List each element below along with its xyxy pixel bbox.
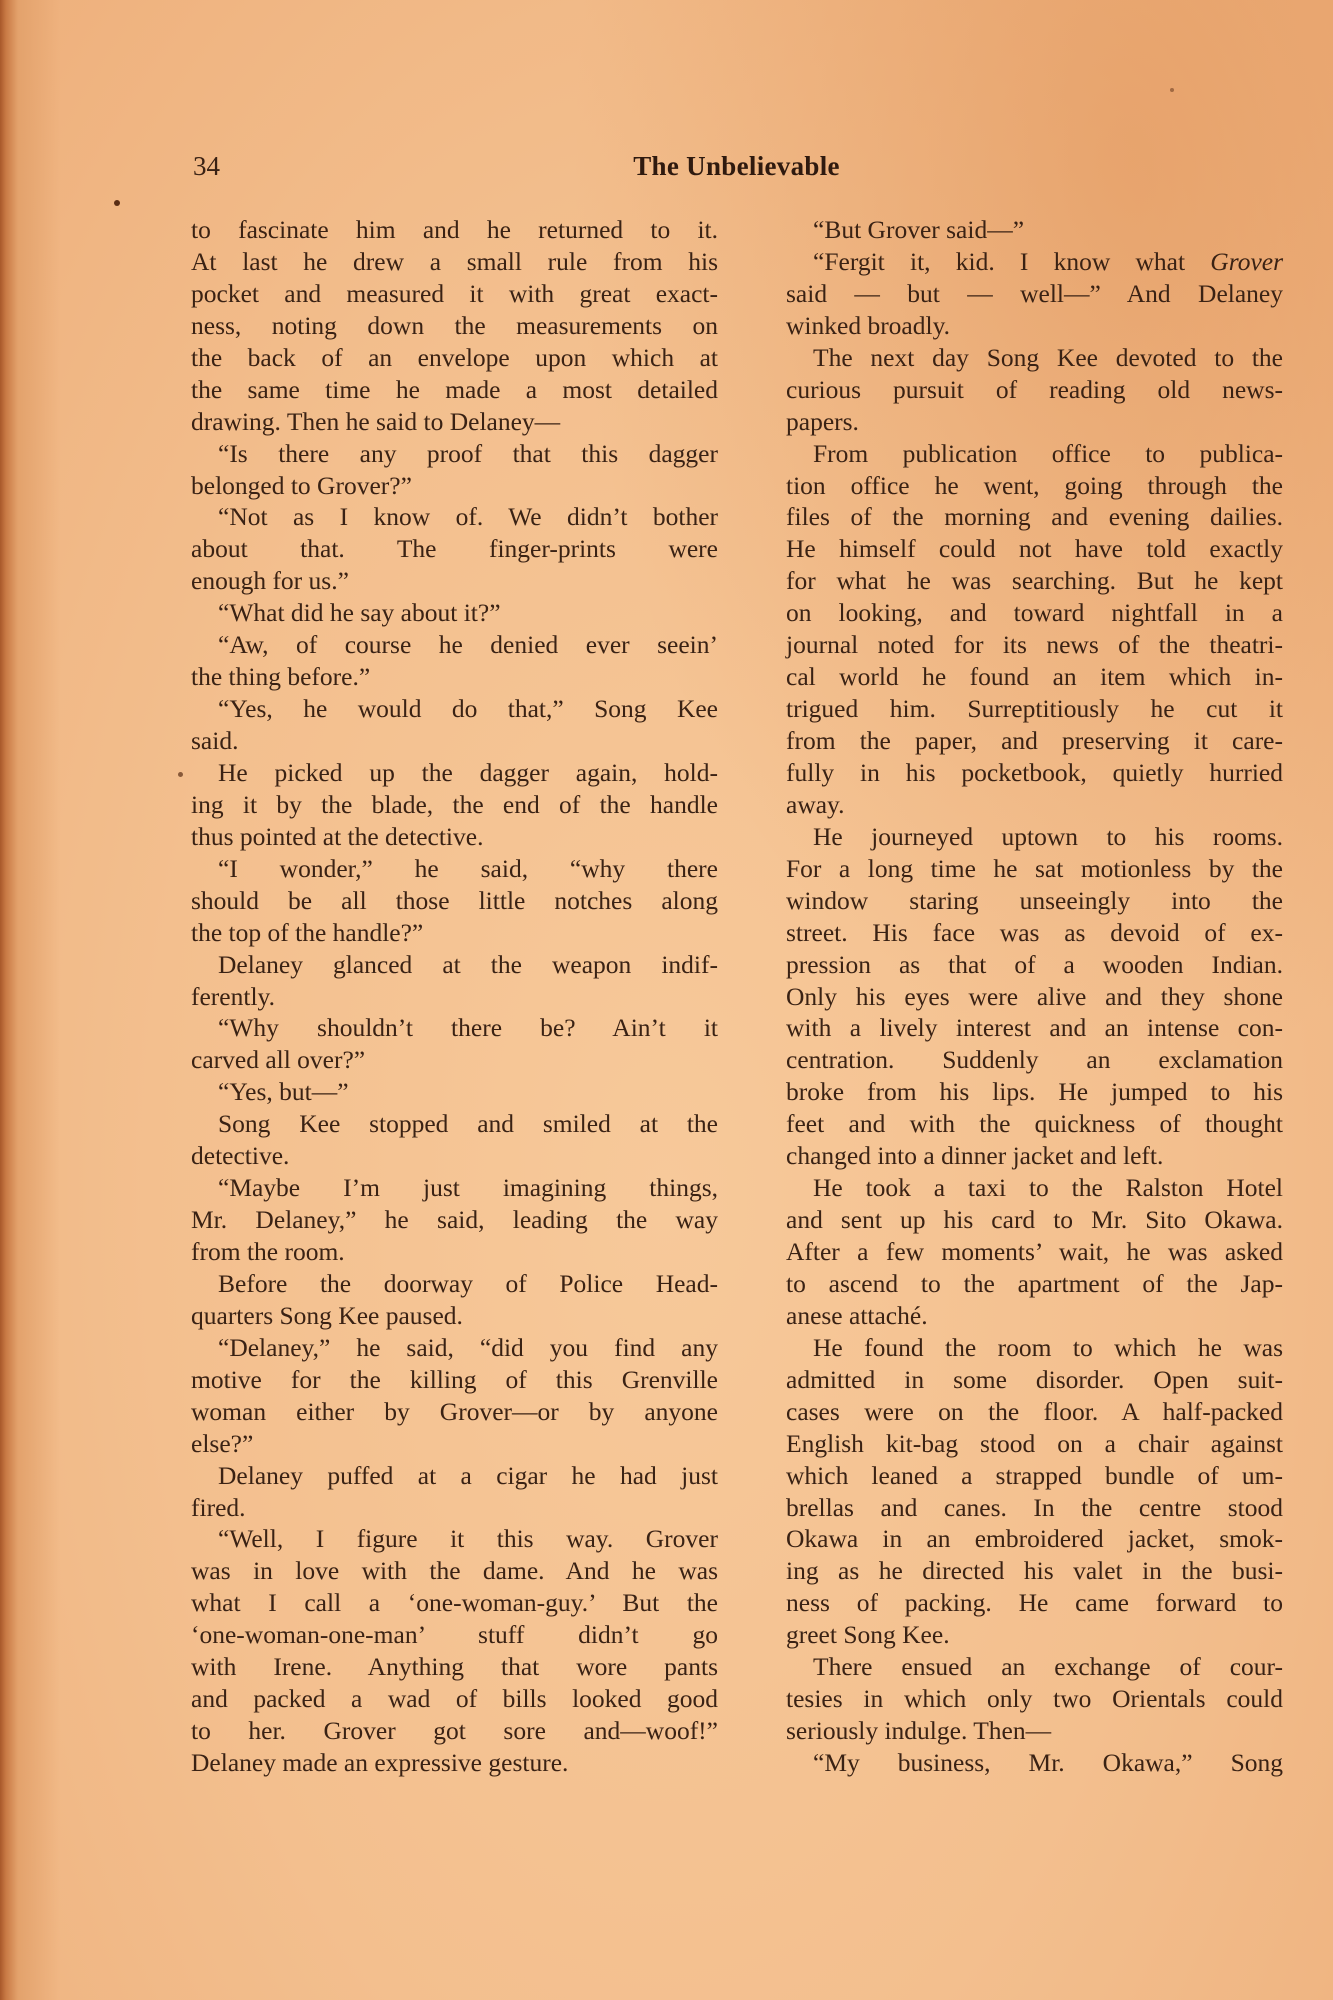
text-line: on looking, and toward nightfall in a — [786, 597, 1283, 629]
text-line-content: carved all over?” — [191, 1045, 365, 1074]
text-line: trigued him. Surreptitiously he cut it — [786, 693, 1283, 725]
text-line-content: to fascinate him and he returned to it. — [191, 215, 718, 244]
book-page: 34 The Unbelievable to fascinate him and… — [0, 0, 1333, 2000]
text-line-content: journal noted for its news of the theatr… — [786, 630, 1283, 659]
text-line-content: to ascend to the apartment of the Jap- — [786, 1269, 1283, 1298]
text-line-content: “Delaney,” he said, “did you find any — [218, 1333, 718, 1362]
text-line: English kit-bag stood on a chair against — [786, 1428, 1283, 1460]
text-line: Okawa in an embroidered jacket, smok- — [786, 1523, 1283, 1555]
text-line: fired. — [191, 1492, 718, 1524]
text-line-content: “Fergit it, kid. I know what — [813, 247, 1210, 276]
text-line-content: away. — [786, 790, 845, 819]
text-line: tion office he went, going through the — [786, 470, 1283, 502]
text-line: was in love with the dame. And he was — [191, 1555, 718, 1587]
text-line-content: for what he was searching. But he kept — [786, 566, 1283, 595]
text-line-content: Song Kee stopped and smiled at the — [218, 1109, 718, 1138]
text-line: what I call a ‘one-woman-guy.’ But the — [191, 1587, 718, 1619]
text-line: thus pointed at the detective. — [191, 821, 718, 853]
text-line-content: papers. — [786, 407, 859, 436]
text-line: He himself could not have told exactly — [786, 533, 1283, 565]
text-line-content: drawing. Then he said to Delaney— — [191, 407, 560, 436]
paper-speck — [178, 772, 183, 777]
text-line-content: feet and with the quickness of thought — [786, 1109, 1283, 1138]
text-line: about that. The finger-prints were — [191, 533, 718, 565]
text-line-content: Okawa in an embroidered jacket, smok- — [786, 1524, 1283, 1553]
text-line-content: “Yes, he would do that,” Song Kee — [218, 694, 718, 723]
text-line-content: He picked up the dagger again, hold- — [218, 758, 718, 787]
text-line-content: the same time he made a most detailed — [191, 375, 718, 404]
text-line: “Not as I know of. We didn’t bother — [191, 501, 718, 533]
text-line: anese attaché. — [786, 1300, 1283, 1332]
text-line: “What did he say about it?” — [191, 597, 718, 629]
paper-speck — [114, 200, 120, 206]
text-line: for what he was searching. But he kept — [786, 565, 1283, 597]
text-line-content: He journeyed uptown to his rooms. — [813, 822, 1283, 851]
text-line-content: detective. — [191, 1141, 289, 1170]
text-line-content: ness of packing. He came forward to — [786, 1588, 1283, 1617]
text-line-content: The next day Song Kee devoted to the — [813, 343, 1283, 372]
text-line: Delaney puffed at a cigar he had just — [191, 1460, 718, 1492]
text-line: He found the room to which he was — [786, 1332, 1283, 1364]
text-line-content: thus pointed at the detective. — [191, 822, 483, 851]
text-line: ing it by the blade, the end of the hand… — [191, 789, 718, 821]
text-line: At last he drew a small rule from his — [191, 246, 718, 278]
text-line-content: “I wonder,” he said, “why there — [218, 854, 718, 883]
text-line: “But Grover said—” — [786, 214, 1283, 246]
text-line: He picked up the dagger again, hold- — [191, 757, 718, 789]
text-line: “Fergit it, kid. I know what Grover — [786, 246, 1283, 278]
text-line-content: trigued him. Surreptitiously he cut it — [786, 694, 1283, 723]
text-line: with Irene. Anything that wore pants — [191, 1651, 718, 1683]
text-line: the back of an envelope upon which at — [191, 342, 718, 374]
text-line: feet and with the quickness of thought — [786, 1108, 1283, 1140]
text-line-content: “But Grover said—” — [813, 215, 1024, 244]
text-line-content: admitted in some disorder. Open suit- — [786, 1365, 1283, 1394]
text-line-content: There ensued an exchange of cour- — [813, 1652, 1283, 1681]
text-line: curious pursuit of reading old news- — [786, 374, 1283, 406]
text-line: belonged to Grover?” — [191, 470, 718, 502]
text-line-content: “Yes, but—” — [218, 1077, 349, 1106]
text-line-content: pression as that of a wooden Indian. — [786, 950, 1283, 979]
text-line-content: At last he drew a small rule from his — [191, 247, 718, 276]
text-line-content: enough for us.” — [191, 566, 349, 595]
text-line: greet Song Kee. — [786, 1619, 1283, 1651]
text-line: the thing before.” — [191, 661, 718, 693]
text-line-content: “Well, I figure it this way. Grover — [218, 1524, 718, 1553]
text-line: “Yes, but—” — [191, 1076, 718, 1108]
text-line: centration. Suddenly an exclamation — [786, 1044, 1283, 1076]
text-line: changed into a dinner jacket and left. — [786, 1140, 1283, 1172]
text-line: He journeyed uptown to his rooms. — [786, 821, 1283, 853]
text-line: papers. — [786, 406, 1283, 438]
text-line: Before the doorway of Police Head- — [191, 1268, 718, 1300]
text-line-content: greet Song Kee. — [786, 1620, 950, 1649]
text-line-content: from the paper, and preserving it care- — [786, 726, 1283, 755]
text-line-content: Before the doorway of Police Head- — [218, 1269, 718, 1298]
text-line: “I wonder,” he said, “why there — [191, 853, 718, 885]
text-line: seriously indulge. Then— — [786, 1715, 1283, 1747]
text-line: tesies in which only two Orientals could — [786, 1683, 1283, 1715]
text-line-content: Delaney puffed at a cigar he had just — [218, 1461, 718, 1490]
text-line-content: Only his eyes were alive and they shone — [786, 982, 1283, 1011]
text-line-content: the back of an envelope upon which at — [191, 343, 718, 372]
text-line: ing as he directed his valet in the busi… — [786, 1555, 1283, 1587]
text-line-content: He took a taxi to the Ralston Hotel — [813, 1173, 1283, 1202]
text-line-content: cases were on the floor. A half-packed — [786, 1397, 1283, 1426]
text-line-content: tesies in which only two Orientals could — [786, 1684, 1283, 1713]
text-line: “Delaney,” he said, “did you find any — [191, 1332, 718, 1364]
text-line: drawing. Then he said to Delaney— — [191, 406, 718, 438]
text-line-content: broke from his lips. He jumped to his — [786, 1077, 1283, 1106]
text-line-content: After a few moments’ wait, he was asked — [786, 1237, 1283, 1266]
text-line: Song Kee stopped and smiled at the — [191, 1108, 718, 1140]
text-line-content: files of the morning and evening dailies… — [786, 502, 1283, 531]
text-line-content: cal world he found an item which in- — [786, 662, 1283, 691]
text-line: cal world he found an item which in- — [786, 661, 1283, 693]
text-line: to ascend to the apartment of the Jap- — [786, 1268, 1283, 1300]
text-line: ferently. — [191, 981, 718, 1013]
left-text-column: to fascinate him and he returned to it.A… — [191, 214, 718, 1779]
text-line: said. — [191, 725, 718, 757]
text-line: street. His face was as devoid of ex- — [786, 917, 1283, 949]
text-line: fully in his pocketbook, quietly hurried — [786, 757, 1283, 789]
text-line: ness of packing. He came forward to — [786, 1587, 1283, 1619]
text-line-content: winked broadly. — [786, 311, 950, 340]
text-line-content: street. His face was as devoid of ex- — [786, 918, 1283, 947]
text-line: woman either by Grover—or by anyone — [191, 1396, 718, 1428]
text-line: which leaned a strapped bundle of um- — [786, 1460, 1283, 1492]
text-line: carved all over?” — [191, 1044, 718, 1076]
text-line-content: centration. Suddenly an exclamation — [786, 1045, 1283, 1074]
text-line: else?” — [191, 1428, 718, 1460]
text-line: enough for us.” — [191, 565, 718, 597]
text-line-content: which leaned a strapped bundle of um- — [786, 1461, 1283, 1490]
text-line-content: ness, noting down the measurements on — [191, 311, 718, 340]
text-line: He took a taxi to the Ralston Hotel — [786, 1172, 1283, 1204]
text-line: should be all those little notches along — [191, 885, 718, 917]
text-line: ‘one-woman-one-man’ stuff didn’t go — [191, 1619, 718, 1651]
text-line-content: For a long time he sat motionless by the — [786, 854, 1283, 883]
text-line-content: brellas and canes. In the centre stood — [786, 1493, 1283, 1522]
text-line-content: motive for the killing of this Grenville — [191, 1365, 718, 1394]
text-line: from the room. — [191, 1236, 718, 1268]
text-line: “Why shouldn’t there be? Ain’t it — [191, 1012, 718, 1044]
text-line-content: fully in his pocketbook, quietly hurried — [786, 758, 1283, 787]
text-line-content: anese attaché. — [786, 1301, 928, 1330]
paper-speck — [1170, 88, 1174, 92]
text-line: to her. Grover got sore and—woof!” — [191, 1715, 718, 1747]
text-line-content: from the room. — [191, 1237, 345, 1266]
text-line: ness, noting down the measurements on — [191, 310, 718, 342]
text-line: “Yes, he would do that,” Song Kee — [191, 693, 718, 725]
text-line: Delaney made an expressive gesture. — [191, 1747, 718, 1779]
running-title: The Unbelievable — [0, 148, 1333, 184]
text-line: with a lively interest and an intense co… — [786, 1012, 1283, 1044]
text-line-content: “My business, Mr. Okawa,” Song — [813, 1748, 1283, 1777]
text-line: the top of the handle?” — [191, 917, 718, 949]
text-line-content: He himself could not have told exactly — [786, 534, 1283, 563]
text-line-content: said — but — well—” And Delaney — [786, 279, 1283, 308]
text-line: files of the morning and evening dailies… — [786, 501, 1283, 533]
text-line: The next day Song Kee devoted to the — [786, 342, 1283, 374]
text-line: Delaney glanced at the weapon indif- — [191, 949, 718, 981]
text-line-content: ing as he directed his valet in the busi… — [786, 1556, 1283, 1585]
text-line: detective. — [191, 1140, 718, 1172]
text-line: winked broadly. — [786, 310, 1283, 342]
text-line-content: should be all those little notches along — [191, 886, 718, 915]
text-line: brellas and canes. In the centre stood — [786, 1492, 1283, 1524]
text-line: to fascinate him and he returned to it. — [191, 214, 718, 246]
text-line-content: fired. — [191, 1493, 246, 1522]
text-line-content: window staring unseeingly into the — [786, 886, 1283, 915]
text-line-content: with Irene. Anything that wore pants — [191, 1652, 718, 1681]
text-line-content: with a lively interest and an intense co… — [786, 1013, 1283, 1042]
running-head: 34 The Unbelievable — [0, 148, 1333, 184]
text-line: and packed a wad of bills looked good — [191, 1683, 718, 1715]
text-line-content: about that. The finger-prints were — [191, 534, 718, 563]
text-line-content: quarters Song Kee paused. — [191, 1301, 463, 1330]
text-line-content: Delaney glanced at the weapon indif- — [218, 950, 718, 979]
text-line: journal noted for its news of the theatr… — [786, 629, 1283, 661]
text-line-content: tion office he went, going through the — [786, 471, 1283, 500]
text-line: “Well, I figure it this way. Grover — [191, 1523, 718, 1555]
text-line: pocket and measured it with great exact- — [191, 278, 718, 310]
text-line-content: ing it by the blade, the end of the hand… — [191, 790, 718, 819]
text-line-content: “What did he say about it?” — [218, 598, 501, 627]
text-line: broke from his lips. He jumped to his — [786, 1076, 1283, 1108]
text-line-content: curious pursuit of reading old news- — [786, 375, 1283, 404]
text-line: There ensued an exchange of cour- — [786, 1651, 1283, 1683]
text-line: After a few moments’ wait, he was asked — [786, 1236, 1283, 1268]
text-line: “My business, Mr. Okawa,” Song — [786, 1747, 1283, 1779]
text-line: For a long time he sat motionless by the — [786, 853, 1283, 885]
text-line-content: was in love with the dame. And he was — [191, 1556, 718, 1585]
text-line-content: ‘one-woman-one-man’ stuff didn’t go — [191, 1620, 718, 1649]
text-line: cases were on the floor. A half-packed — [786, 1396, 1283, 1428]
text-line: motive for the killing of this Grenville — [191, 1364, 718, 1396]
text-line-content: “Not as I know of. We didn’t bother — [218, 502, 718, 531]
text-line-content: and sent up his card to Mr. Sito Okawa. — [786, 1205, 1283, 1234]
right-text-column: “But Grover said—”“Fergit it, kid. I kno… — [786, 214, 1283, 1779]
text-line: said — but — well—” And Delaney — [786, 278, 1283, 310]
text-line-content: what I call a ‘one-woman-guy.’ But the — [191, 1588, 718, 1617]
text-line: admitted in some disorder. Open suit- — [786, 1364, 1283, 1396]
text-line: from the paper, and preserving it care- — [786, 725, 1283, 757]
text-line-content: seriously indulge. Then— — [786, 1716, 1051, 1745]
text-line-content: on looking, and toward nightfall in a — [786, 598, 1283, 627]
text-line-content: and packed a wad of bills looked good — [191, 1684, 718, 1713]
text-line: and sent up his card to Mr. Sito Okawa. — [786, 1204, 1283, 1236]
text-line: pression as that of a wooden Indian. — [786, 949, 1283, 981]
text-line-content: Mr. Delaney,” he said, leading the way — [191, 1205, 718, 1234]
text-line: window staring unseeingly into the — [786, 885, 1283, 917]
text-line-content: “Is there any proof that this dagger — [218, 439, 718, 468]
italic-emphasis: Grover — [1210, 247, 1283, 276]
text-line-content: pocket and measured it with great exact- — [191, 279, 718, 308]
text-line-content: woman either by Grover—or by anyone — [191, 1397, 718, 1426]
text-line-content: belonged to Grover?” — [191, 471, 412, 500]
text-line-content: changed into a dinner jacket and left. — [786, 1141, 1163, 1170]
text-line-content: else?” — [191, 1429, 253, 1458]
text-line-content: “Maybe I’m just imagining things, — [218, 1173, 718, 1202]
text-line-content: English kit-bag stood on a chair against — [786, 1429, 1283, 1458]
text-line-content: Delaney made an expressive gesture. — [191, 1748, 568, 1777]
text-line: “Aw, of course he denied ever seein’ — [191, 629, 718, 661]
text-line: Only his eyes were alive and they shone — [786, 981, 1283, 1013]
text-line: From publication office to publica- — [786, 438, 1283, 470]
text-line-content: ferently. — [191, 982, 275, 1011]
text-line-content: the top of the handle?” — [191, 918, 423, 947]
text-line-content: He found the room to which he was — [813, 1333, 1283, 1362]
text-line-content: said. — [191, 726, 238, 755]
text-line: the same time he made a most detailed — [191, 374, 718, 406]
text-line-content: the thing before.” — [191, 662, 370, 691]
text-line: Mr. Delaney,” he said, leading the way — [191, 1204, 718, 1236]
text-line-content: to her. Grover got sore and—woof!” — [191, 1716, 718, 1745]
text-line: “Maybe I’m just imagining things, — [191, 1172, 718, 1204]
text-line: away. — [786, 789, 1283, 821]
text-line-content: “Aw, of course he denied ever seein’ — [218, 630, 718, 659]
text-line-content: “Why shouldn’t there be? Ain’t it — [218, 1013, 718, 1042]
text-line-content: From publication office to publica- — [813, 439, 1283, 468]
text-line: quarters Song Kee paused. — [191, 1300, 718, 1332]
text-line: “Is there any proof that this dagger — [191, 438, 718, 470]
